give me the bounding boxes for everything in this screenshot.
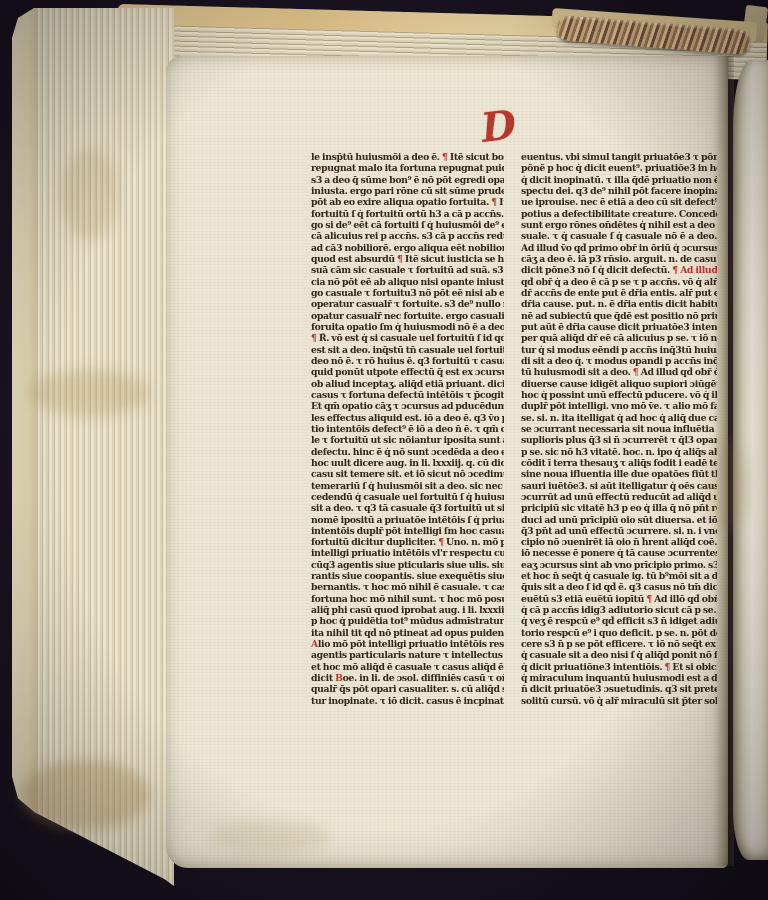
text-line: euentus. vbi simul tangit priuatōe3 τ pō… <box>521 152 717 163</box>
text-column-left: le insp̄tū huiusmōi a deo ē. ¶ Itē sicut… <box>311 152 504 707</box>
text-line: torio respcū e⁹ i quo deficit. p se. n. … <box>521 628 717 639</box>
text-line: tio intentōis defect⁹ ē iō a deo n̄ ē. τ… <box>311 424 504 435</box>
text-line: qd̄ obr̄ q̇ a deo ē cā p se τ p accn̄s. … <box>521 277 717 288</box>
text-line: fortuna hoc mō nihil sunt. τ hoc mō posu… <box>311 594 504 605</box>
text-line: agentis particularis nature τ intellectu… <box>311 650 504 661</box>
text-line: s3 a deo q̄ sūme bon⁹ ē nō pōt egredi op… <box>311 175 504 186</box>
text-line: les effectus aliquid est. iō a deo ē. q3… <box>311 413 504 424</box>
text-line: dicit pōne3 nō ſ q̇ dicit defectū. ¶ Ad … <box>521 265 717 276</box>
text-line: opatur casualr̄ nec fortuite. ergo casua… <box>311 311 504 322</box>
text-line: q̇ dicit priuatiōne3 intentiōis. ¶ Et si… <box>521 662 717 673</box>
text-line: repugnat malo ita fortuna repugnat puidē… <box>311 163 504 174</box>
text-line: p se. sic nō h3 vitatē. hoc. n. ipo q̇ a… <box>521 447 717 458</box>
text-line: ob aliud inceptaʒ. aliq̄d etiā priuant. … <box>311 379 504 390</box>
text-line: et hoc n̄ seq̄t q̇ casuale ig. tū b⁹mōi … <box>521 571 717 582</box>
text-line: cedendū q̇ casuale uel fortuitū ſ q̇ hui… <box>311 492 504 503</box>
text-line: tur q̇ si modus eēndi p accn̄s inq̄3tū h… <box>521 345 717 356</box>
text-line: Et qm̄ opatio cāʒ τ ɔcursus ad pducēdum … <box>311 401 504 412</box>
text-line: ¶ R̄. vō est q̇ si casuale uel fortuitū … <box>311 333 504 344</box>
text-line: tū huiusmodi sit a deo. ¶ Ad illud qd̄ o… <box>521 367 717 378</box>
text-line: cāʒ a deo ē. iā p3 rn̄sio. arguit. n. de… <box>521 254 717 265</box>
text-line: operatur casualr̄ τ fortuite. s3 de⁹ nul… <box>311 299 504 310</box>
text-line: dr̄ia cause. put. n. ē dr̄ia entis dicit… <box>521 299 717 310</box>
text-line: sine noua ifluentia ille due opatōes fiū… <box>521 469 717 480</box>
text-line: spectu dei. q3 de⁹ nihil pōt facere inop… <box>521 186 717 197</box>
text-line: defectu. hinc ē q̇ nō sunt ɔcedēda a deo… <box>311 447 504 458</box>
text-line: ita nihil tit qd̄ nō ptineat ad opus pui… <box>311 628 504 639</box>
text-line: cipio nō ɔuenirēt iā oio n̄ h̄rent aliq̄… <box>521 537 717 548</box>
text-line: casu sit temere sit. et iō sicut nō ɔced… <box>311 469 504 480</box>
text-line: pricipiū sic vitatē h3 p eo q̇ illa q̄ n… <box>521 503 717 514</box>
text-line: per quā aliq̄d dr̄ eē cā alicuius p se. … <box>521 333 717 344</box>
text-line: se ɔcurrant necessaria sit noua influēti… <box>521 424 717 435</box>
text-line: sauri iuētōe3. si aūt itelligatur q̇ oēs… <box>521 481 717 492</box>
text-line: q̄3 pn̄t ad unū effectū ɔcurrere. si. n.… <box>521 526 717 537</box>
text-line: cā alicuius rei p accn̄s. s3 cā p accn̄s… <box>311 231 504 242</box>
book-photograph: D le insp̄tū huiusmōi a deo ē. ¶ Itē sic… <box>0 0 768 900</box>
text-line: et hoc mō aliq̄d ē casuale τ casus aliq̄… <box>311 662 504 673</box>
text-line: q̇ veʒ ē respcū e⁹ qd̄ efficit s3 n̄ idi… <box>521 616 717 627</box>
text-line: solitū cursū. vō q̇ alr̄ miraculū sit p̄… <box>521 696 717 707</box>
text-line: pōt ab eo exire aliqua opatio fortuita. … <box>311 197 504 208</box>
text-line: duci ad unū prīcipiū oio sūt diuersa. et… <box>521 515 717 526</box>
text-line: bernantis. τ hoc mō nihil ē casuale. τ c… <box>311 582 504 593</box>
text-line: rantis siue coopantis. siue exequētis si… <box>311 571 504 582</box>
text-line: nē ad subiectū que q̄dē est positio nō p… <box>521 311 717 322</box>
text-line: suplioris plus q̄3 si n̄ ɔcurrerēt τ q̄l… <box>521 435 717 446</box>
gutter-shadow <box>714 56 734 866</box>
text-line: cōdit ī terra thesauʒ τ aliq̄s fodit i e… <box>521 458 717 469</box>
text-line: cūq3 agentis siue pticularis siue ulis. … <box>311 560 504 571</box>
text-line: n̄ dicit priuatōe3 ɔsuetudinis. q3 sit p… <box>521 684 717 695</box>
text-line: potius a defectibilitate creature. Conce… <box>521 209 717 220</box>
vellum-cover-edge <box>12 8 38 886</box>
text-line: deo nō ē. τ rō huius ē. q3 fortuitū τ ca… <box>311 356 504 367</box>
text-line: q̇ cā p accn̄s idig3 adiutorio sicut cā … <box>521 605 717 616</box>
text-line: suā cām sic casuale τ fortuitū ad suā. s… <box>311 265 504 276</box>
text-line: go si de⁹ eēt cā fortuiti ſ q̇ huiusmōi … <box>311 220 504 231</box>
rubricated-initial-d: D <box>471 101 527 157</box>
text-line: hoc uult dicere aug. in li. lxxxiij. q. … <box>311 458 504 469</box>
text-line: quid ponūt utpote effectū q̄ est ex ɔcur… <box>311 367 504 378</box>
text-line: temerariū ſ q̇ huiusmōi sit a deo. sic n… <box>311 481 504 492</box>
text-line: pōnē p hoc q̇ dicit euent⁹. priuatiōe3 i… <box>521 163 717 174</box>
text-line: Ad illud v̄o qd̄ primo obr̄ in ōriū q̇ ɔ… <box>521 243 717 254</box>
text-column-right: euentus. vbi simul tangit priuatōe3 τ pō… <box>521 152 717 707</box>
text-line: le τ fortuitū ut sic nōiantur iposita su… <box>311 435 504 446</box>
text-line: q̇ miraculum inquantū huiusmodi est a de… <box>521 673 717 684</box>
text-line: sunt ergo rōnes on̄dētes q̇ nihil est a … <box>521 220 717 231</box>
text-line: euētū s3 etiā euētū iopītū ¶ Ad illō qd̄… <box>521 594 717 605</box>
text-line: aliq̄ phi casū quod iprobat aug. i li. l… <box>311 605 504 616</box>
text-line: intentōis duplr̄ pōt intelligi ſm hoc ca… <box>311 526 504 537</box>
text-line: fortuitū ſ q̇ fortuitū ortū h3 a cā p ac… <box>311 209 504 220</box>
text-line: iō necesse ē ponere q̇ tā cause ɔcurrent… <box>521 548 717 559</box>
text-line: suale. τ q̇ casuale ſ q̇ casuale nō ē a … <box>521 231 717 242</box>
text-line: foruita opatio ſm q̇ huiusmodi nō ē a de… <box>311 322 504 333</box>
text-line: q̄uis sit a deo ſ id qd̄ ē. q3 casus nō … <box>521 582 717 593</box>
text-line: duplr̄ pōt intelligi. vno mō v̄e. τ alio… <box>521 401 717 412</box>
text-line: hoc q̇ possint unū effectū pducere. vō q… <box>521 390 717 401</box>
text-line: diuerse cause idigēt aliquo supiori ɔiūg… <box>521 379 717 390</box>
text-line: est sit a deo. inq̄stū tn̄ casuale uel f… <box>311 345 504 356</box>
text-line: go casuale τ fortuitu3 nō pōt eē nisi ab… <box>311 288 504 299</box>
text-line: iniusta. ergo pari rōne cū sit sūme prud… <box>311 186 504 197</box>
text-line: nomē ipositū a priuatōe intētōis ſ q̇ pr… <box>311 515 504 526</box>
text-line: qualr̄ q̄s pōt opari casualiter. s. cū a… <box>311 684 504 695</box>
page-stack-left-edges <box>12 8 174 886</box>
text-line: Alio mō pōt intelligi priuatio intētōis … <box>311 639 504 650</box>
text-line: q̇ casuale sit a deo nisi ſ q̇ aliq̄d po… <box>521 650 717 661</box>
text-line: sit a deo. τ q3 tā casuale q̄3 fortuitū … <box>311 503 504 514</box>
text-line: se. si. n. ita itelligat q̇ ad hoc q̇ al… <box>521 413 717 424</box>
text-line: tur inopinate. τ iō dicit. casus ē incpi… <box>311 696 504 707</box>
text-line: intelligi priuatio intētōis vl'r respect… <box>311 548 504 559</box>
text-line: eaʒ ɔcursus sint ab vno prīcipio primo. … <box>521 560 717 571</box>
text-line: p hoc q̇ puidētia tot⁹ mūdus admīstratur… <box>311 616 504 627</box>
text-line: put aūt ē dr̄ia cause dicit priuatōe3 in… <box>521 322 717 333</box>
text-line: q̇ dicit inopinatū. τ illa q̄dē priuatio… <box>521 175 717 186</box>
text-line: di sit a deo q̇. τ modus opandi p accn̄s… <box>521 356 717 367</box>
text-line: cere s3 n̄ p se pōt efficere. τ iō nō se… <box>521 639 717 650</box>
facing-page-roll <box>733 60 768 860</box>
text-line: ue iprouise. nec ē etiā a deo cū sit def… <box>521 197 717 208</box>
text-line: cia nō pōt eē ab aliquo nisi opante iniu… <box>311 277 504 288</box>
text-line: quod est absurdū ¶ Itē sicut iusticia se… <box>311 254 504 265</box>
text-line: fortuitū dicitur dupliciter. ¶ Uno. n. m… <box>311 537 504 548</box>
text-line: le insp̄tū huiusmōi a deo ē. ¶ Itē sicut… <box>311 152 504 163</box>
text-line: ɔcurrūt ad unū effectū reducūt ad aliq̄d… <box>521 492 717 503</box>
text-line: dr̄ accn̄s de ente put ē dr̄ia entis. al… <box>521 288 717 299</box>
text-line: ad cā3 nobiliorē. ergo aliqua eēt nobili… <box>311 243 504 254</box>
text-line: dicit Boe. in li. de ɔsol. diffiniēs cas… <box>311 673 504 684</box>
text-line: casus τ fortuna defectū intētōis τ p̄cog… <box>311 390 504 401</box>
